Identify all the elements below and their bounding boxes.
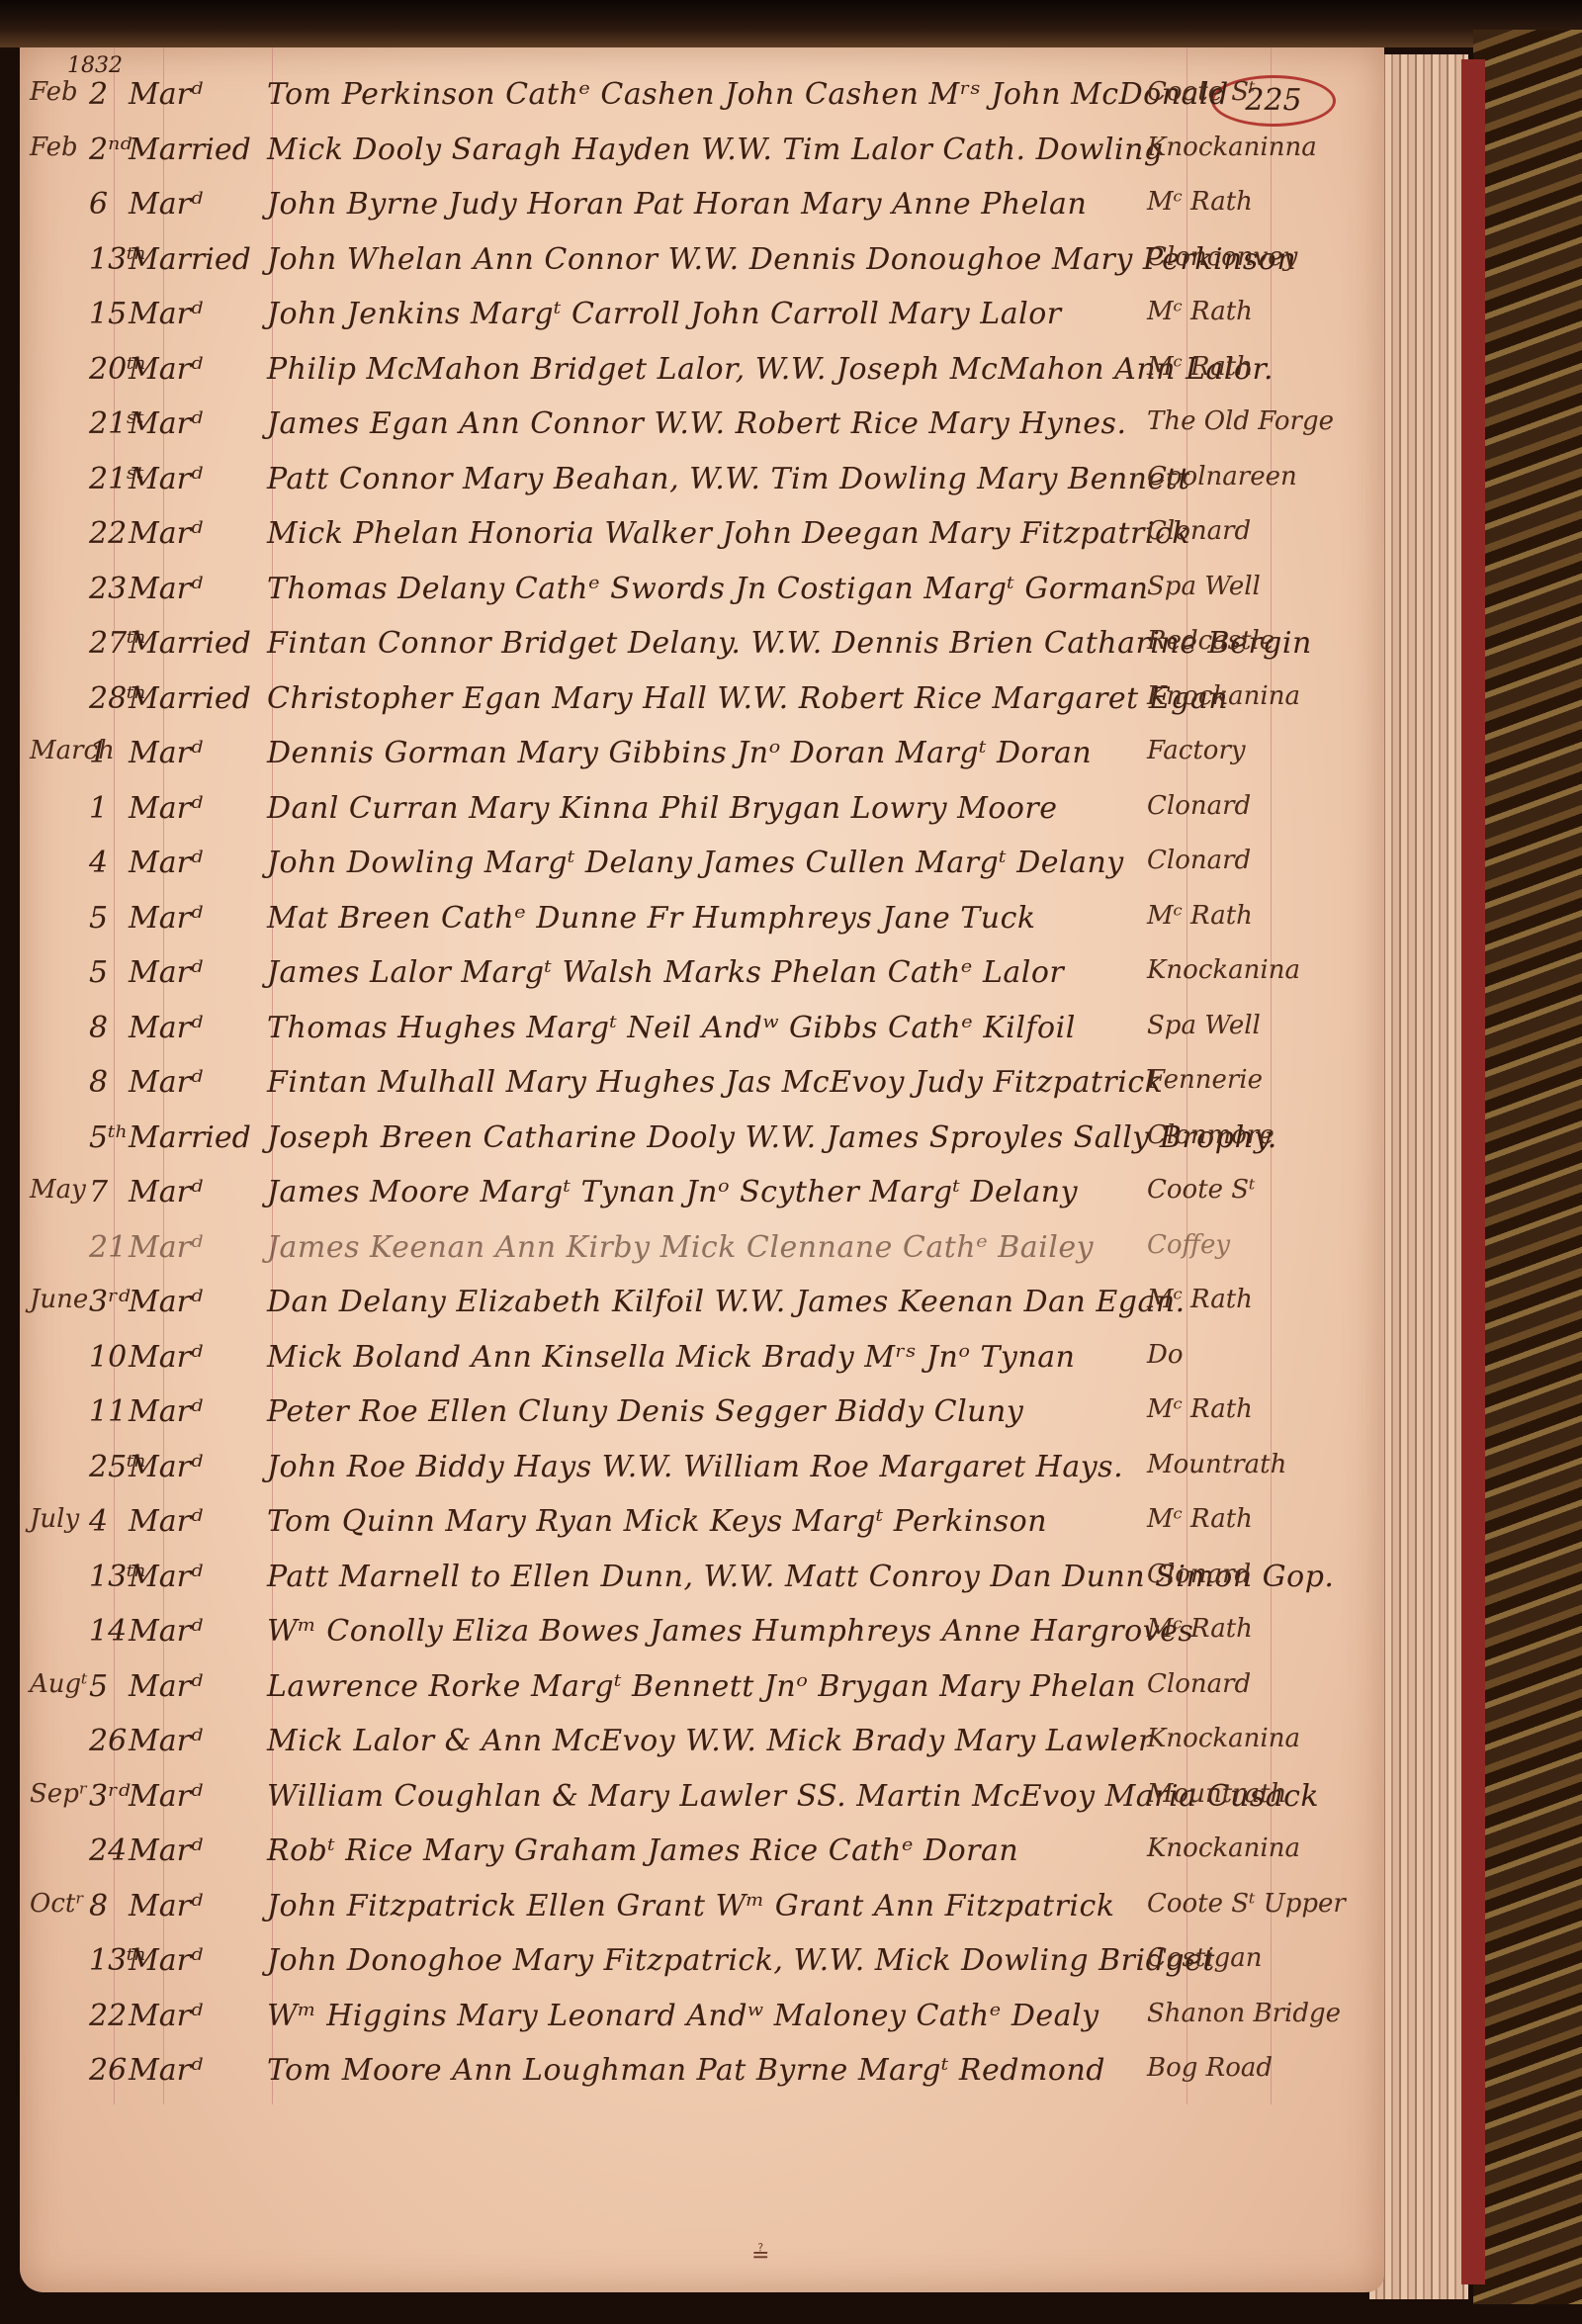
footer-mark: ≟ [751, 2243, 769, 2268]
entry-type: Marᵈ [129, 1285, 203, 1319]
entry-type: Married [129, 242, 251, 277]
register-entry: 25ᵗʰMarᵈJohn Roe Biddy Hays W.W. William… [20, 1442, 1384, 1501]
register-entry: 8MarᵈFintan Mulhall Mary Hughes Jas McEv… [20, 1057, 1384, 1117]
register-entry: Octʳ8MarᵈJohn Fitzpatrick Ellen Grant Wᵐ… [20, 1881, 1384, 1940]
entry-day: 24 [89, 1833, 127, 1868]
entry-month: Augᵗ [30, 1669, 88, 1699]
entry-place: Coote Sᵗ [1147, 1175, 1256, 1205]
entry-place: Mᶜ Rath [1147, 901, 1253, 931]
page-edges [1369, 54, 1468, 2299]
entry-names: James Moore Margᵗ Tynan Jnᵒ Scyther Marg… [267, 1175, 1078, 1209]
entry-names: Mick Phelan Honoria Walker John Deegan M… [267, 516, 1190, 551]
entry-day: 5 [89, 1669, 108, 1704]
entry-day: 22 [89, 516, 127, 551]
entry-type: Married [129, 133, 251, 167]
entry-place: Fennerie [1147, 1065, 1263, 1095]
register-entry: 10MarᵈMick Boland Ann Kinsella Mick Brad… [20, 1332, 1384, 1391]
entry-type: Marᵈ [129, 1943, 203, 1978]
register-entry: 13ᵗʰMarᵈJohn Donoghoe Mary Fitzpatrick, … [20, 1935, 1384, 1995]
entry-names: Fintan Mulhall Mary Hughes Jas McEvoy Ju… [267, 1065, 1163, 1100]
entry-place: Clonard [1147, 1669, 1251, 1699]
entry-type: Marᵈ [129, 1779, 203, 1814]
entry-month: Feb [30, 133, 78, 162]
register-entry: 8MarᵈThomas Hughes Margᵗ Neil Andʷ Gibbs… [20, 1003, 1384, 1062]
register-entry: 20ᵗʰMarᵈPhilip McMahon Bridget Lalor, W.… [20, 344, 1384, 403]
entry-names: Mick Lalor & Ann McEvoy W.W. Mick Brady … [267, 1724, 1153, 1758]
entry-names: Thomas Delany Cathᵉ Swords Jn Costigan M… [267, 572, 1148, 606]
entry-type: Marᵈ [129, 1230, 203, 1265]
entry-day: 26 [89, 2053, 127, 2088]
entry-day: 10 [89, 1340, 127, 1375]
entry-names: Philip McMahon Bridget Lalor, W.W. Josep… [267, 352, 1274, 387]
register-entry: March1MarᵈDennis Gorman Mary Gibbins Jnᵒ… [20, 728, 1384, 787]
register-entry: Feb2MarᵈTom Perkinson Cathᵉ Cashen John … [20, 69, 1384, 129]
register-entry: 27ᵗʰMarriedFintan Connor Bridget Delany.… [20, 618, 1384, 677]
entry-type: Marᵈ [129, 406, 203, 441]
entry-names: John Whelan Ann Connor W.W. Dennis Donou… [267, 242, 1296, 277]
entry-names: Patt Connor Mary Beahan, W.W. Tim Dowlin… [267, 462, 1190, 496]
entry-day: 4 [89, 846, 108, 880]
entry-month: May [30, 1175, 86, 1205]
entry-place: Mᶜ Rath [1147, 1285, 1253, 1314]
entry-day: 5 [89, 901, 108, 936]
entry-type: Marᵈ [129, 846, 203, 880]
entry-day: 7 [89, 1175, 108, 1209]
entry-day: 23 [89, 572, 127, 606]
entry-day: 3ʳᵈ [89, 1779, 131, 1814]
entry-names: Wᵐ Conolly Eliza Bowes James Humphreys A… [267, 1614, 1193, 1649]
entry-type: Marᵈ [129, 1065, 203, 1100]
entry-place: Redcastle [1147, 626, 1274, 656]
entry-month: June [30, 1285, 88, 1314]
entry-month: Octʳ [30, 1889, 84, 1919]
entry-type: Marᵈ [129, 2053, 203, 2088]
register-entry: 6MarᵈJohn Byrne Judy Horan Pat Horan Mar… [20, 179, 1384, 238]
entry-day: 2ⁿᵈ [89, 133, 132, 167]
entry-place: Coote Sᵗ [1147, 77, 1256, 107]
entry-place: Mᶜ Rath [1147, 352, 1253, 382]
entry-type: Married [129, 626, 251, 661]
register-entry: 23MarᵈThomas Delany Cathᵉ Swords Jn Cost… [20, 564, 1384, 623]
entry-type: Marᵈ [129, 462, 203, 496]
entry-type: Marᵈ [129, 1889, 203, 1923]
entry-place: Coffey [1147, 1230, 1230, 1260]
entry-names: John Fitzpatrick Ellen Grant Wᵐ Grant An… [267, 1889, 1115, 1923]
entry-day: 3ʳᵈ [89, 1285, 131, 1319]
entry-place: Mᶜ Rath [1147, 187, 1253, 217]
register-entry: 13ᵗʰMarᵈPatt Marnell to Ellen Dunn, W.W.… [20, 1552, 1384, 1611]
entry-names: Tom Moore Ann Loughman Pat Byrne Margᵗ R… [267, 2053, 1105, 2088]
entry-day: 6 [89, 187, 108, 222]
entry-names: Thomas Hughes Margᵗ Neil Andʷ Gibbs Cath… [267, 1011, 1076, 1045]
entry-names: John Roe Biddy Hays W.W. William Roe Mar… [267, 1450, 1123, 1484]
entry-type: Marᵈ [129, 1175, 203, 1209]
entry-place: Knockanina [1147, 1833, 1300, 1863]
entry-names: Dan Delany Elizabeth Kilfoil W.W. James … [267, 1285, 1186, 1319]
register-entry: 26MarᵈTom Moore Ann Loughman Pat Byrne M… [20, 2045, 1384, 2104]
register-entry: Augᵗ5MarᵈLawrence Rorke Margᵗ Bennett Jn… [20, 1661, 1384, 1721]
entry-place: Mᶜ Rath [1147, 1614, 1253, 1644]
entry-day: 4 [89, 1504, 108, 1539]
entry-type: Marᵈ [129, 77, 203, 112]
entry-place: Clonard [1147, 846, 1251, 875]
entry-names: John Jenkins Margᵗ Carroll John Carroll … [267, 297, 1062, 331]
register-entry: 5MarᵈMat Breen Cathᵉ Dunne Fr Humphreys … [20, 893, 1384, 952]
entry-names: Lawrence Rorke Margᵗ Bennett Jnᵒ Brygan … [267, 1669, 1136, 1704]
register-entry: 13ᵗʰMarriedJohn Whelan Ann Connor W.W. D… [20, 234, 1384, 294]
entry-names: James Lalor Margᵗ Walsh Marks Phelan Cat… [267, 955, 1064, 990]
entry-place: Costigan [1147, 1943, 1263, 1973]
entry-names: Wᵐ Higgins Mary Leonard Andʷ Maloney Cat… [267, 1999, 1099, 2033]
entry-place: Spa Well [1147, 1011, 1261, 1040]
entry-type: Married [129, 681, 251, 716]
entry-place: Knockanina [1147, 955, 1300, 985]
entry-names: James Keenan Ann Kirby Mick Clennane Cat… [267, 1230, 1094, 1265]
entry-type: Married [129, 1120, 251, 1155]
entry-names: Tom Perkinson Cathᵉ Cashen John Cashen M… [267, 77, 1229, 112]
entry-place: Mountrath [1147, 1450, 1286, 1479]
register-page: 1832 225 Feb2MarᵈTom Perkinson Cathᵉ Cas… [20, 47, 1384, 2292]
entry-names: Christopher Egan Mary Hall W.W. Robert R… [267, 681, 1228, 716]
register-entry: 5ᵗʰMarriedJoseph Breen Catharine Dooly W… [20, 1113, 1384, 1172]
register-entry: 24MarᵈRobᵗ Rice Mary Graham James Rice C… [20, 1826, 1384, 1885]
entry-month: Sepʳ [30, 1779, 88, 1809]
entry-month: July [30, 1504, 79, 1534]
register-entry: 11MarᵈPeter Roe Ellen Cluny Denis Segger… [20, 1386, 1384, 1446]
entry-place: Bog Road [1147, 2053, 1273, 2083]
entry-type: Marᵈ [129, 1833, 203, 1868]
entry-place: Clonmore [1147, 1120, 1274, 1150]
entry-place: Clonard [1147, 791, 1251, 821]
register-entry: 21ˢᵗMarᵈPatt Connor Mary Beahan, W.W. Ti… [20, 454, 1384, 513]
entry-place: Knockanina [1147, 681, 1300, 711]
entry-names: John Dowling Margᵗ Delany James Cullen M… [267, 846, 1124, 880]
entry-day: 1 [89, 736, 108, 770]
entry-type: Marᵈ [129, 1999, 203, 2033]
register-entry: 5MarᵈJames Lalor Margᵗ Walsh Marks Phela… [20, 947, 1384, 1007]
book-binding-top [0, 0, 1582, 47]
register-entry: 15MarᵈJohn Jenkins Margᵗ Carroll John Ca… [20, 289, 1384, 348]
entry-day: 8 [89, 1011, 108, 1045]
entry-place: Clonard [1147, 516, 1251, 546]
entry-day: 14 [89, 1614, 127, 1649]
entry-place: Do [1147, 1340, 1184, 1370]
entry-type: Marᵈ [129, 187, 203, 222]
entry-names: James Egan Ann Connor W.W. Robert Rice M… [267, 406, 1126, 441]
entry-type: Marᵈ [129, 901, 203, 936]
entry-names: Peter Roe Ellen Cluny Denis Segger Biddy… [267, 1394, 1023, 1429]
entry-type: Marᵈ [129, 297, 203, 331]
entry-day: 2 [89, 77, 108, 112]
entry-type: Marᵈ [129, 1614, 203, 1649]
register-entry: 4MarᵈJohn Dowling Margᵗ Delany James Cul… [20, 838, 1384, 897]
entry-names: Mat Breen Cathᵉ Dunne Fr Humphreys Jane … [267, 901, 1036, 936]
entry-type: Marᵈ [129, 955, 203, 990]
entry-type: Marᵈ [129, 1340, 203, 1375]
entry-place: Clonard [1147, 1560, 1251, 1589]
register-entry: 1MarᵈDanl Curran Mary Kinna Phil Brygan … [20, 783, 1384, 843]
entry-type: Marᵈ [129, 572, 203, 606]
entry-place: Mᶜ Rath [1147, 297, 1253, 326]
entry-place: The Old Forge [1147, 406, 1334, 436]
entry-day: 8 [89, 1889, 108, 1923]
red-cover-edge [1461, 59, 1485, 2284]
register-entry: 21ˢᵗMarᵈJames Egan Ann Connor W.W. Rober… [20, 399, 1384, 458]
entry-names: John Byrne Judy Horan Pat Horan Mary Ann… [267, 187, 1087, 222]
entry-place: Coolnareen [1147, 462, 1297, 492]
entry-day: 8 [89, 1065, 108, 1100]
register-entry: Sepʳ3ʳᵈMarᵈWilliam Coughlan & Mary Lawle… [20, 1771, 1384, 1831]
entry-type: Marᵈ [129, 791, 203, 826]
entry-place: Factory [1147, 736, 1246, 765]
register-entry: 21MarᵈJames Keenan Ann Kirby Mick Clenna… [20, 1222, 1384, 1282]
entry-names: Danl Curran Mary Kinna Phil Brygan Lowry… [267, 791, 1058, 826]
entry-place: Spa Well [1147, 572, 1261, 601]
register-entry: July4MarᵈTom Quinn Mary Ryan Mick Keys M… [20, 1496, 1384, 1556]
register-entry: 28ᵗʰMarriedChristopher Egan Mary Hall W.… [20, 673, 1384, 733]
entry-place: Coote Sᵗ Upper [1147, 1889, 1346, 1919]
entry-day: 26 [89, 1724, 127, 1758]
entry-names: Robᵗ Rice Mary Graham James Rice Cathᵉ D… [267, 1833, 1018, 1868]
entry-place: Clonconvey [1147, 242, 1297, 272]
entry-names: Mick Boland Ann Kinsella Mick Brady Mʳˢ … [267, 1340, 1075, 1375]
entry-type: Marᵈ [129, 1450, 203, 1484]
entry-day: 22 [89, 1999, 127, 2033]
entry-place: Mountrath [1147, 1779, 1286, 1809]
entry-place: Knockaninna [1147, 133, 1317, 162]
register-entry: Feb2ⁿᵈMarriedMick Dooly Saragh Hayden W.… [20, 125, 1384, 184]
entry-day: 5ᵗʰ [89, 1120, 128, 1155]
entry-type: Marᵈ [129, 1669, 203, 1704]
register-entry: 26MarᵈMick Lalor & Ann McEvoy W.W. Mick … [20, 1716, 1384, 1775]
register-entry: May7MarᵈJames Moore Margᵗ Tynan Jnᵒ Scyt… [20, 1167, 1384, 1226]
entry-place: Mᶜ Rath [1147, 1504, 1253, 1534]
entry-names: Joseph Breen Catharine Dooly W.W. James … [267, 1120, 1277, 1155]
entry-type: Marᵈ [129, 352, 203, 387]
entry-type: Marᵈ [129, 1394, 203, 1429]
entry-day: 5 [89, 955, 108, 990]
entry-month: Feb [30, 77, 78, 107]
entry-names: Tom Quinn Mary Ryan Mick Keys Margᵗ Perk… [267, 1504, 1047, 1539]
entry-place: Mᶜ Rath [1147, 1394, 1253, 1424]
entry-type: Marᵈ [129, 736, 203, 770]
entry-type: Marᵈ [129, 1724, 203, 1758]
entry-type: Marᵈ [129, 1504, 203, 1539]
entry-type: Marᵈ [129, 516, 203, 551]
entry-day: 15 [89, 297, 127, 331]
register-entry: 22MarᵈWᵐ Higgins Mary Leonard Andʷ Malon… [20, 1991, 1384, 2050]
entry-day: 21 [89, 1230, 127, 1265]
entry-place: Shanon Bridge [1147, 1999, 1341, 2028]
entry-names: John Donoghoe Mary Fitzpatrick, W.W. Mic… [267, 1943, 1215, 1978]
entry-names: Dennis Gorman Mary Gibbins Jnᵒ Doran Mar… [267, 736, 1092, 770]
register-entry: 22MarᵈMick Phelan Honoria Walker John De… [20, 508, 1384, 568]
entry-type: Marᵈ [129, 1011, 203, 1045]
entry-day: 1 [89, 791, 108, 826]
register-entry: 14MarᵈWᵐ Conolly Eliza Bowes James Humph… [20, 1606, 1384, 1665]
register-entry: June3ʳᵈMarᵈDan Delany Elizabeth Kilfoil … [20, 1277, 1384, 1336]
entry-type: Marᵈ [129, 1560, 203, 1594]
entry-place: Knockanina [1147, 1724, 1300, 1753]
marbled-cover [1473, 30, 1582, 2304]
entry-names: Mick Dooly Saragh Hayden W.W. Tim Lalor … [267, 133, 1164, 167]
entry-day: 11 [89, 1394, 127, 1429]
